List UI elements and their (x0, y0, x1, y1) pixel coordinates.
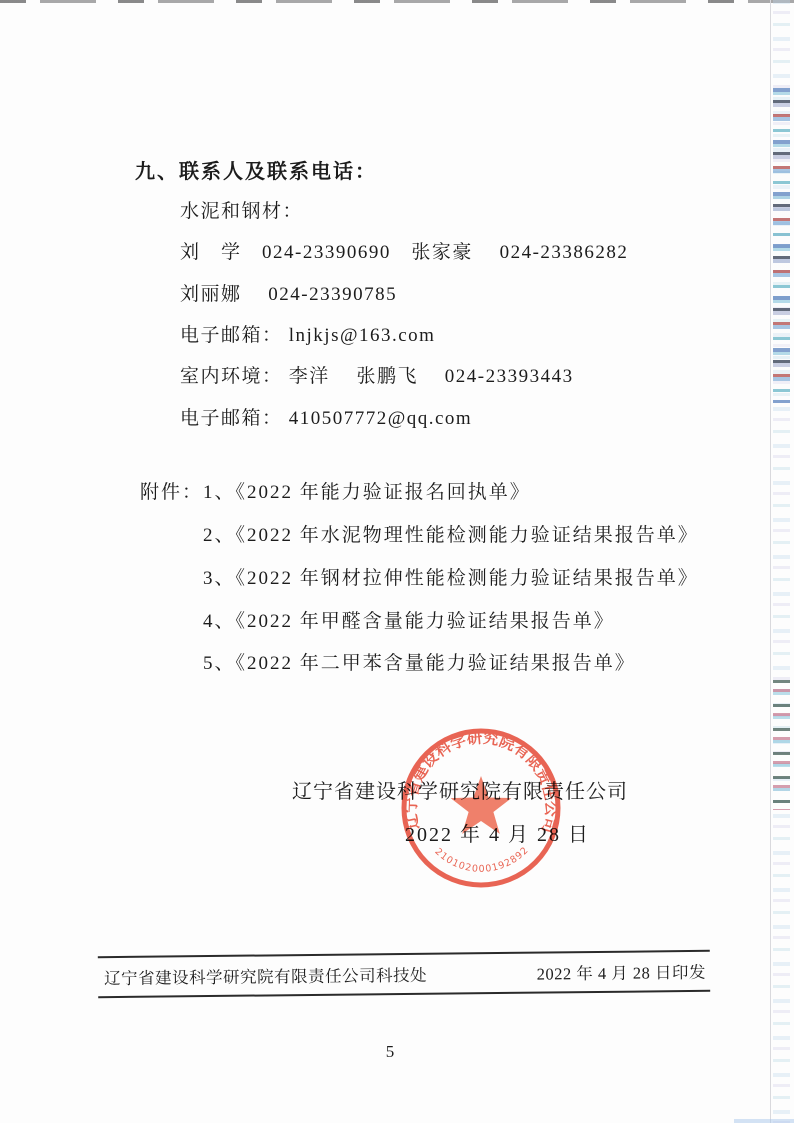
scan-artifact-bottom-edge (734, 1119, 794, 1123)
footer-issue-date: 2022 年 4 月 28 日印发 (536, 959, 706, 985)
attachments-row-1: 附件：1、《2022 年能力验证报名回执单》 (140, 477, 531, 504)
contact-line-email-indoor: 电子邮箱： 410507772@qq.com (180, 403, 472, 430)
scan-artifact-top-edge (0, 0, 794, 3)
contact-line-liu-lina: 刘丽娜 024-23390785 (180, 279, 397, 306)
scan-artifact-vertical-line (770, 0, 771, 1123)
attachment-item-2: 2、《2022 年水泥物理性能检测能力验证结果报告单》 (203, 520, 699, 547)
seal-star-icon (451, 776, 512, 834)
footer-issuer: 辽宁省建设科学研究院有限责任公司科技处 (104, 962, 427, 989)
attachment-item-3: 3、《2022 年钢材拉伸性能检测能力验证结果报告单》 (203, 563, 699, 590)
contact-line-email-cement: 电子邮箱： lnjkjs@163.com (180, 320, 435, 347)
section-heading: 九、联系人及联系电话： (135, 155, 377, 184)
footer-bar: 辽宁省建设科学研究院有限责任公司科技处 2022 年 4 月 28 日印发 (98, 950, 710, 998)
seal-serial-number: 210102000192892 (432, 845, 531, 875)
page-number: 5 (0, 1042, 780, 1062)
contact-line-category-cement-steel: 水泥和钢材： (180, 196, 303, 223)
scan-artifact-right-strip-dense (773, 88, 790, 403)
attachment-item-1: 1、《2022 年能力验证报名回执单》 (203, 482, 531, 503)
official-seal-stamp-icon: 辽宁省建设科学研究院有限责任公司 210102000192892 (396, 723, 566, 893)
scan-artifact-right-strip-mid (773, 680, 790, 810)
document-page: 九、联系人及联系电话： 水泥和钢材： 刘 学 024-23390690 张家豪 … (0, 0, 794, 1123)
attachment-item-4: 4、《2022 年甲醛含量能力验证结果报告单》 (203, 606, 615, 633)
contact-line-indoor-environment: 室内环境： 李洋 张鹏飞 024-23393443 (180, 361, 574, 388)
attachments-label: 附件： (140, 482, 203, 503)
contact-line-liu-xue-zhang-jiahao: 刘 学 024-23390690 张家豪 024-23386282 (180, 237, 628, 264)
attachment-item-5: 5、《2022 年二甲苯含量能力验证结果报告单》 (203, 648, 636, 675)
svg-text:210102000192892: 210102000192892 (432, 845, 531, 875)
